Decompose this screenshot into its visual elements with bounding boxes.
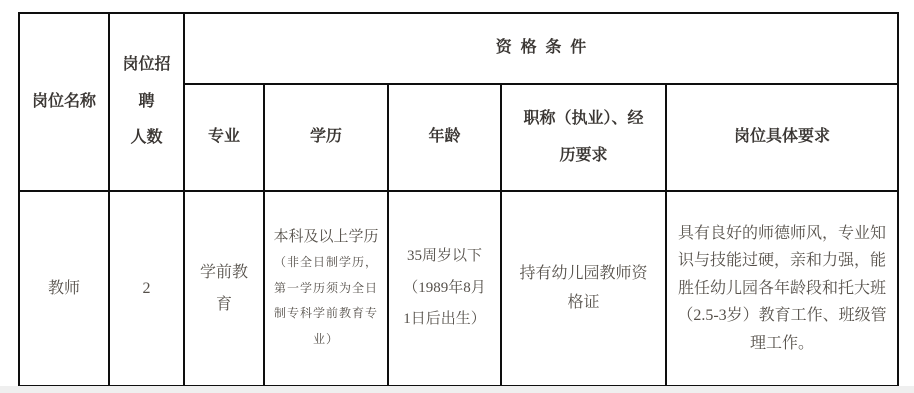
cell-major: 学前教 育 [184, 191, 264, 386]
header-row-qualifications: 岗位名称 岗位招 聘 人数 资格条件 [19, 13, 898, 84]
cell-title-experience: 持有幼儿园教师资 格证 [501, 191, 666, 386]
bottom-gray-strip [0, 386, 914, 393]
recruitment-table: 岗位名称 岗位招 聘 人数 资格条件 专业 学历 年龄 职称（执业）、经 历要求… [18, 12, 899, 387]
education-main-text: 本科及以上学历 [273, 229, 378, 245]
header-age: 年龄 [388, 84, 501, 191]
education-note-text: （非全日制学历，第一学历须为全日制专科学前教育专业） [274, 255, 378, 346]
header-headcount: 岗位招 聘 人数 [109, 13, 184, 191]
cell-position-name: 教师 [19, 191, 109, 386]
header-position-name: 岗位名称 [19, 13, 109, 191]
header-education: 学历 [264, 84, 388, 191]
cell-age: 35周岁以下 （1989年8月 1日后出生） [388, 191, 501, 386]
header-title-experience: 职称（执业）、经 历要求 [501, 84, 666, 191]
page: 岗位名称 岗位招 聘 人数 资格条件 专业 学历 年龄 职称（执业）、经 历要求… [0, 0, 914, 393]
cell-education: 本科及以上学历（非全日制学历，第一学历须为全日制专科学前教育专业） [264, 191, 388, 386]
cell-headcount: 2 [109, 191, 184, 386]
header-major: 专业 [184, 84, 264, 191]
header-qualifications: 资格条件 [184, 13, 898, 84]
header-specific-requirements: 岗位具体要求 [666, 84, 898, 191]
cell-specific-requirements: 具有良好的师德师风，专业知识与技能过硬，亲和力强，能胜任幼儿园各年龄段和托大班（… [666, 191, 898, 386]
table-row: 教师 2 学前教 育 本科及以上学历（非全日制学历，第一学历须为全日制专科学前教… [19, 191, 898, 386]
